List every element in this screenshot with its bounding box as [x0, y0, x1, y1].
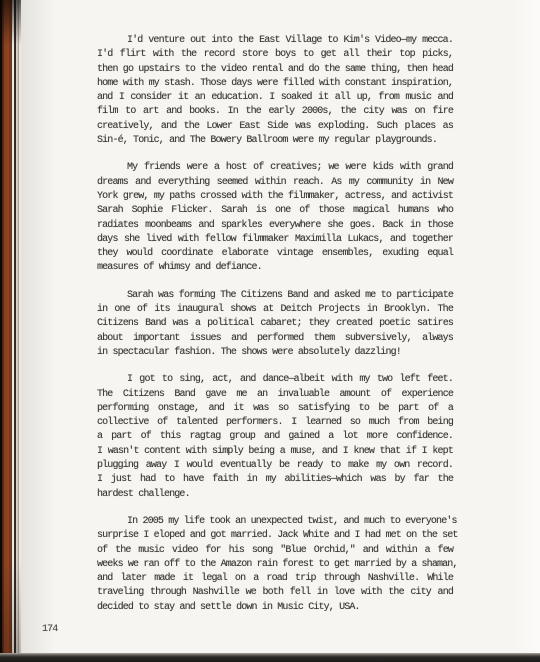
paragraph: Sarah was forming The Citizens Band and … [97, 289, 453, 360]
book-spine [0, 0, 21, 662]
text-line: weeks we ran off to the Amazon rain fore… [97, 558, 453, 572]
text-line: in spectacular fashion. The shows were a… [97, 346, 453, 360]
text-line: days she lived with fellow filmmaker Max… [97, 233, 453, 247]
text-line: in one of its inaugural shows at Deitch … [97, 303, 453, 317]
paragraph: In 2005 my life took an unexpected twist… [97, 515, 453, 615]
text-line: of the music video for his song "Blue Or… [97, 544, 453, 558]
text-line: decided to stay and settle down in Music… [97, 601, 453, 615]
text-line: they would coordinate elaborate vintage … [97, 247, 453, 261]
text-line: The Citizens Band gave me an invaluable … [97, 388, 453, 402]
text-line: home with my stash. Those days were fill… [97, 77, 453, 91]
text-line: I just had to have faith in my abilities… [97, 473, 453, 487]
text-line: collective of talented performers. I lea… [97, 416, 453, 430]
page-text: I'd venture out into the East Village to… [97, 34, 453, 615]
gutter-shadow [21, 0, 55, 662]
text-line: Sin-é, Tonic, and The Bowery Ballroom we… [97, 134, 453, 148]
page-edge-highlight [510, 0, 540, 662]
text-line: dreams and everything seemed within reac… [97, 176, 453, 190]
text-line: My friends were a host of creatives; we … [97, 161, 453, 175]
text-line: measures of whimsy and defiance. [97, 261, 453, 275]
table-surface [0, 653, 540, 662]
text-line: I'd flirt with the record store boys to … [97, 48, 453, 62]
text-line: I'd venture out into the East Village to… [97, 34, 453, 48]
text-line: radiates moonbeams and sparkles everywhe… [97, 219, 453, 233]
text-line: and I consider it an education. I soaked… [97, 91, 453, 105]
text-line: a part of this ragtag group and gained a… [97, 430, 453, 444]
paragraph: I got to sing, act, and dance—albeit wit… [97, 373, 453, 502]
text-line: I got to sing, act, and dance—albeit wit… [97, 373, 453, 387]
text-line: Sarah was forming The Citizens Band and … [97, 289, 453, 303]
paragraph: My friends were a host of creatives; we … [97, 161, 453, 275]
text-line: film to art and books. In the early 2000… [97, 105, 453, 119]
text-line: then go upstairs to the video rental and… [97, 63, 453, 77]
text-line: traveling through Nashville we both fell… [97, 586, 453, 600]
text-line: plugging away I would eventually be read… [97, 459, 453, 473]
text-line: surprise I eloped and got married. Jack … [97, 529, 453, 543]
book-page-photo: I'd venture out into the East Village to… [0, 0, 540, 662]
text-line: Sarah Sophie Flicker. Sarah is one of th… [97, 204, 453, 218]
text-line: York grew, my paths crossed with the fil… [97, 190, 453, 204]
text-line: and later made it legal on a road trip t… [97, 572, 453, 586]
text-line: performing onstage, and it was so satisf… [97, 402, 453, 416]
paragraph: I'd venture out into the East Village to… [97, 34, 453, 148]
text-line: I wasn't content with simply being a mus… [97, 445, 453, 459]
text-line: hardest challenge. [97, 488, 453, 502]
page-number: 174 [42, 624, 57, 635]
text-line: Citizens Band was a political cabaret; t… [97, 317, 453, 331]
text-line: creatively, and the Lower East Side was … [97, 120, 453, 134]
text-line: about important issues and performed the… [97, 332, 453, 346]
text-line: In 2005 my life took an unexpected twist… [97, 515, 453, 529]
